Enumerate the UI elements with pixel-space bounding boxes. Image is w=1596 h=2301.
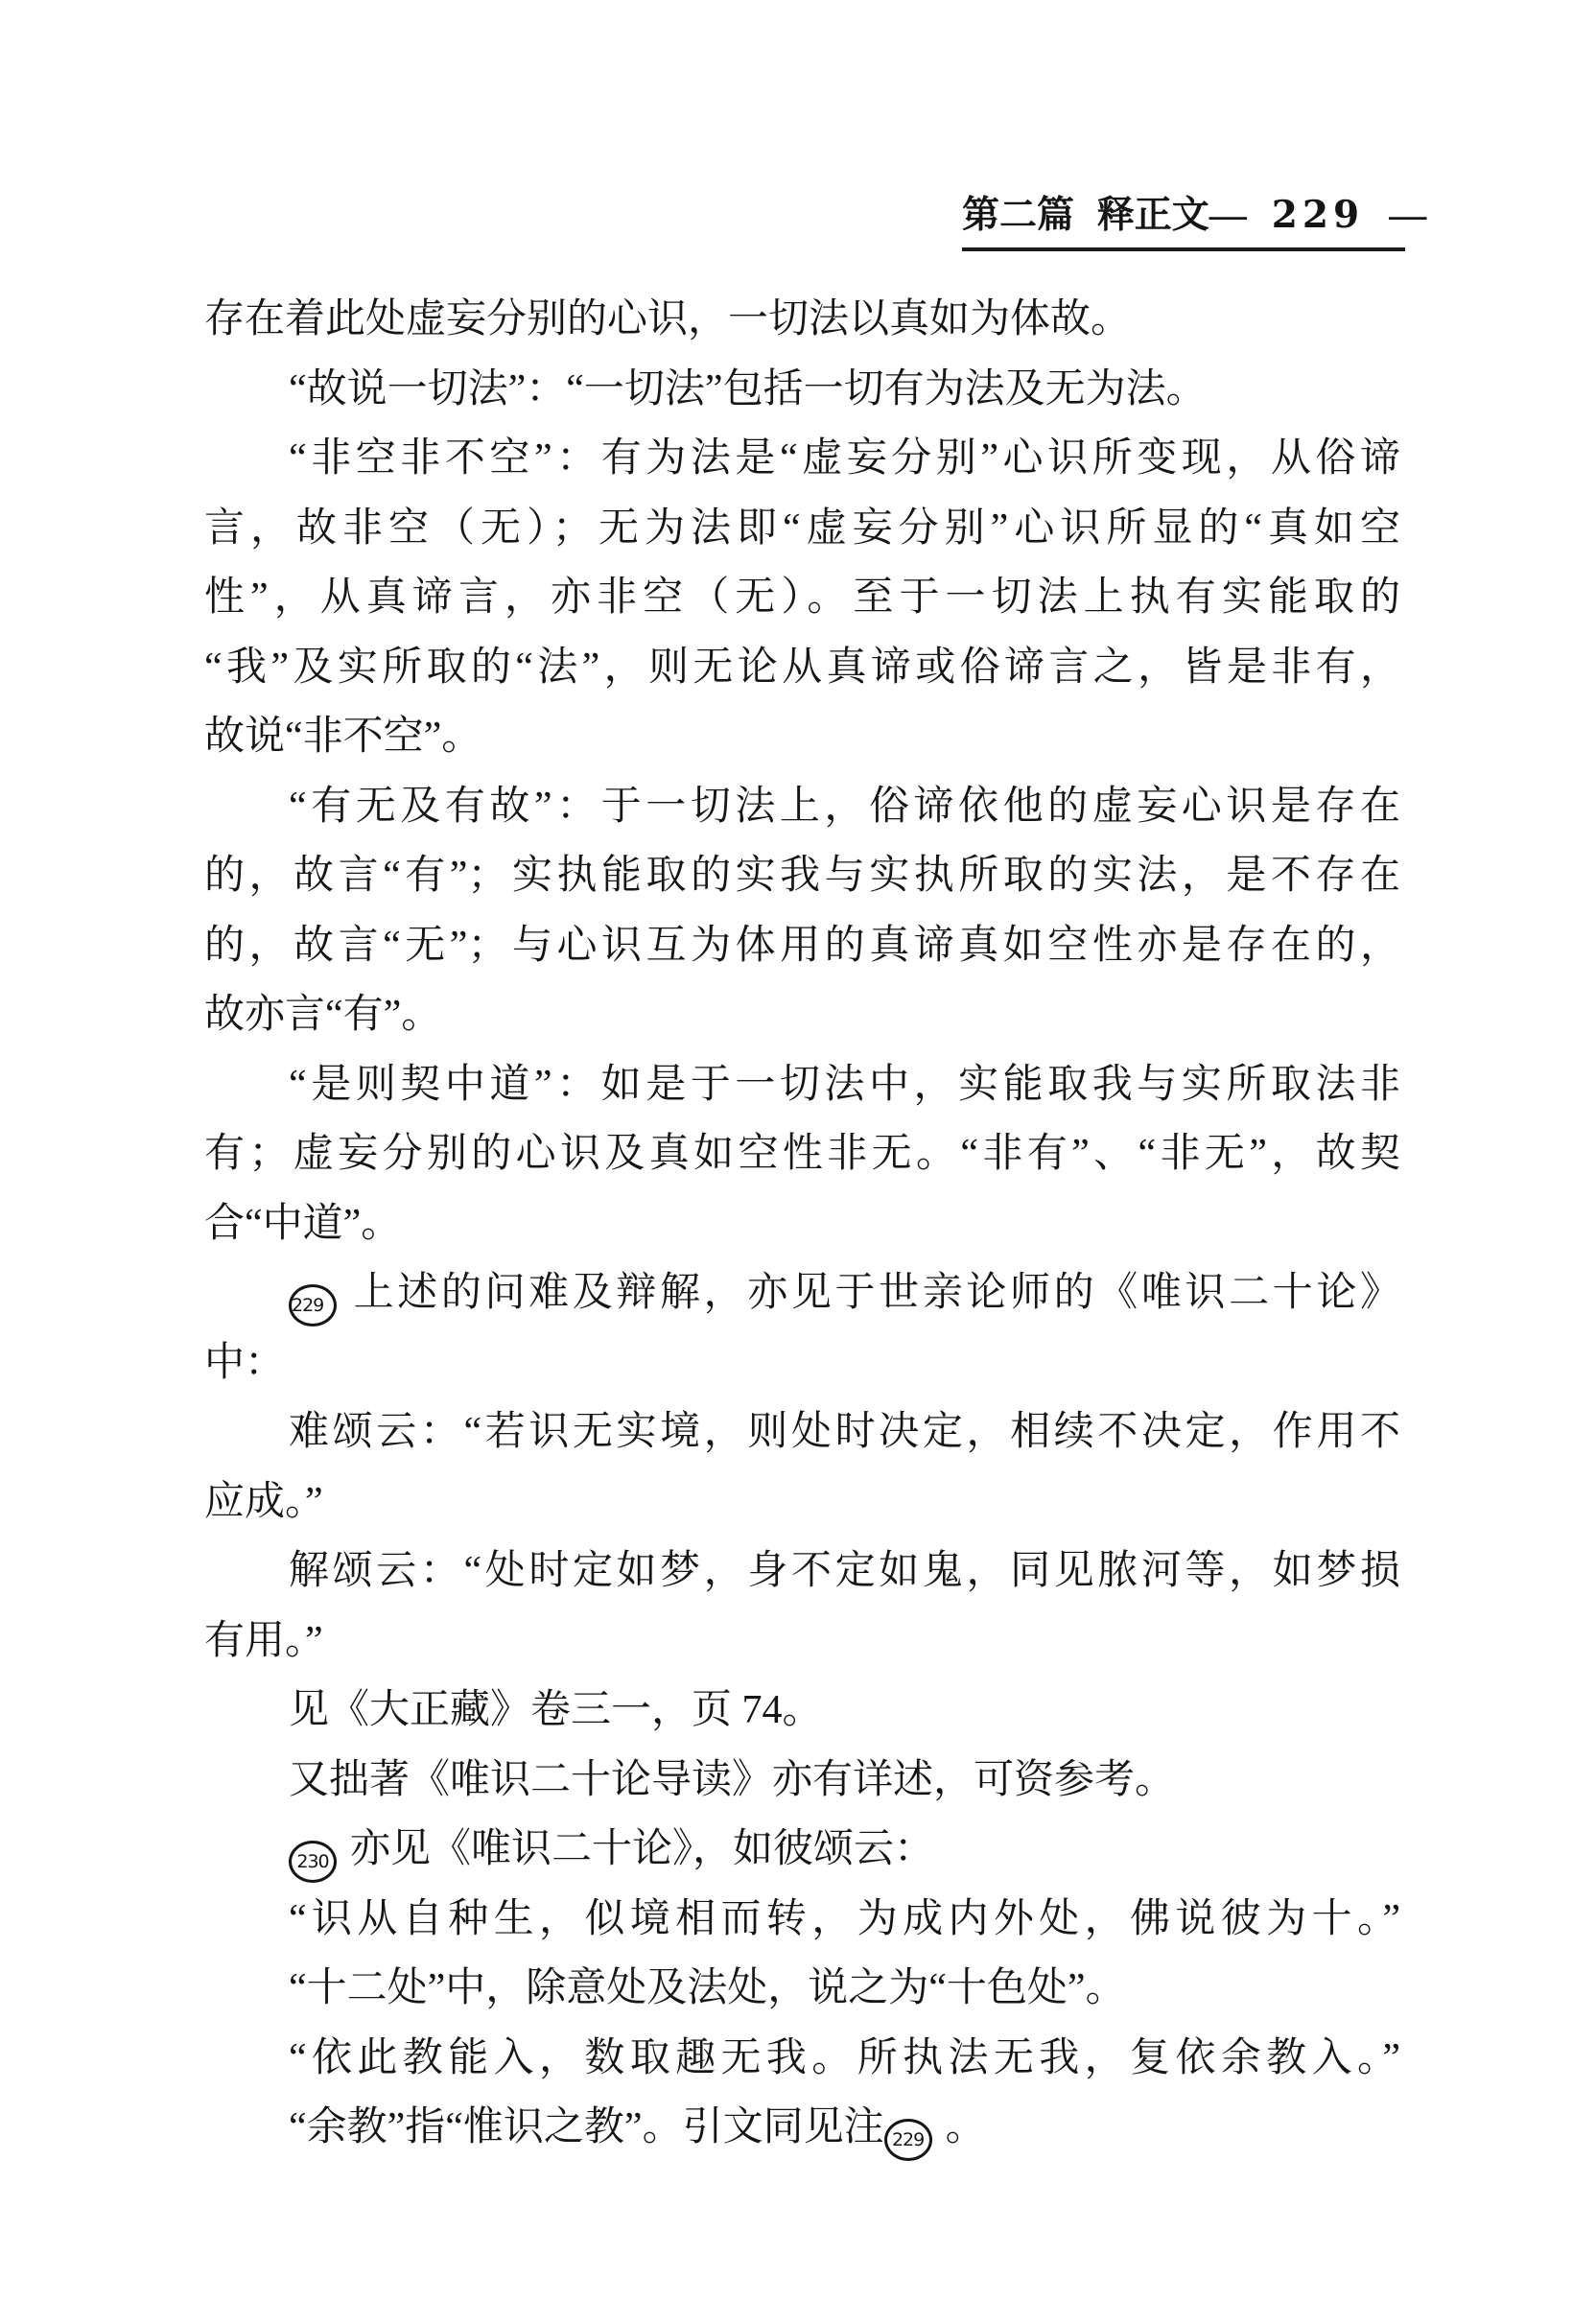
text-line: 应成。”: [204, 1467, 1400, 1538]
text-segment: “有无及有故”：于一切法上，俗谛依他的虚妄心识是存在: [289, 785, 1400, 829]
text-line: 解颂云：“处时定如梦，身不定如鬼，同见脓河等，如梦损: [204, 1537, 1400, 1607]
text-segment: “非空非不空”：有为法是“虚妄分别”心识所变现，从俗谛: [289, 436, 1400, 481]
text-line: 中：: [204, 1328, 1400, 1398]
text-segment: 存在着此处虚妄分别的心识，一切法以真如为体故。: [204, 297, 1131, 341]
document-page: 第二篇 释正文 — 229 — 存在着此处虚妄分别的心识，一切法以真如为体故。“…: [0, 0, 1596, 2301]
circled-note-number: 230: [289, 1841, 337, 1883]
page-number-dash-left: —: [1209, 194, 1247, 237]
text-segment: 的，故言“有”；实执能取的实我与实执所取的实法，是不存在: [204, 854, 1400, 898]
text-segment: 有用。”: [204, 1619, 323, 1663]
text-segment: 合“中道”。: [204, 1202, 401, 1246]
text-line: “有无及有故”：于一切法上，俗谛依他的虚妄心识是存在: [204, 772, 1400, 842]
text-segment: “依此教能入，数取趣无我。所执法无我，复依余教入。”: [289, 2036, 1400, 2080]
chapter-title: 第二篇 释正文: [962, 185, 1209, 239]
text-segment: 故说“非不空”。: [204, 715, 481, 759]
text-line: “故说一切法”：“一切法”包括一切有为法及无为法。: [204, 355, 1400, 425]
text-line: 的，故言“无”；与心识互为体用的真谛真如空性亦是存在的，: [204, 911, 1400, 981]
text-line: “十二处”中，除意处及法处，说之为“十色处”。: [204, 1954, 1400, 2024]
text-segment: 故亦言“有”。: [204, 993, 441, 1037]
text-segment: 应成。”: [204, 1480, 323, 1524]
circled-note-number: 229: [289, 1284, 337, 1327]
page-number: 229: [1272, 193, 1364, 237]
text-segment: “十二处”中，除意处及法处，说之为“十色处”。: [289, 1966, 1126, 2010]
text-line: 又拙著《唯识二十论导读》亦有详述，可资参考。: [204, 1746, 1400, 1816]
text-segment: 性”，从真谛言，亦非空（无）。至于一切法上执有实能取的: [204, 575, 1400, 620]
text-line: 有用。”: [204, 1607, 1400, 1677]
text-line: 229上述的问难及辩解，亦见于世亲论师的《唯识二十论》: [204, 1258, 1400, 1328]
text-segment: 。: [946, 2105, 986, 2149]
text-line: 故亦言“有”。: [204, 980, 1400, 1050]
text-segment: “识从自种生，似境相而转，为成内外处，佛说彼为十。”: [289, 1897, 1400, 1941]
text-line: 230亦见《唯识二十论》，如彼颂云：: [204, 1815, 1400, 1885]
text-segment: 见《大正藏》卷三一，页 74。: [289, 1688, 823, 1732]
text-segment: “余教”指“惟识之教”。引文同见注: [289, 2105, 884, 2149]
text-segment: 亦见《唯识二十论》，如彼颂云：: [350, 1827, 934, 1871]
text-line: 性”，从真谛言，亦非空（无）。至于一切法上执有实能取的: [204, 563, 1400, 633]
text-line: “我”及实所取的“法”，则无论从真谛或俗谛言之，皆是非有，: [204, 633, 1400, 703]
text-line: “依此教能入，数取趣无我。所执法无我，复依余教入。”: [204, 2024, 1400, 2094]
text-segment: “是则契中道”：如是于一切法中，实能取我与实所取法非: [289, 1063, 1400, 1107]
text-segment: 的，故言“无”；与心识互为体用的真谛真如空性亦是存在的，: [204, 924, 1400, 968]
text-line: 合“中道”。: [204, 1189, 1400, 1259]
circled-note-number: 229: [884, 2119, 932, 2161]
text-line: 存在着此处虚妄分别的心识，一切法以真如为体故。: [204, 285, 1400, 355]
page-number-group: — 229 —: [1209, 193, 1426, 237]
text-line: “识从自种生，似境相而转，为成内外处，佛说彼为十。”: [204, 1885, 1400, 1955]
text-line: “是则契中道”：如是于一切法中，实能取我与实所取法非: [204, 1050, 1400, 1120]
text-segment: 又拙著《唯识二十论导读》亦有详述，可资参考。: [289, 1758, 1175, 1802]
text-line: “余教”指“惟识之教”。引文同见注229。: [204, 2093, 1400, 2163]
body-text: 存在着此处虚妄分别的心识，一切法以真如为体故。“故说一切法”：“一切法”包括一切…: [204, 285, 1400, 2163]
page-number-dash-right: —: [1389, 194, 1426, 237]
text-segment: 中：: [204, 1341, 285, 1385]
text-line: 的，故言“有”；实执能取的实我与实执所取的实法，是不存在: [204, 841, 1400, 911]
text-segment: 上述的问难及辩解，亦见于世亲论师的《唯识二十论》: [350, 1271, 1400, 1315]
text-line: 见《大正藏》卷三一，页 74。: [204, 1676, 1400, 1746]
text-line: 言，故非空（无）；无为法即“虚妄分别”心识所显的“真如空: [204, 494, 1400, 564]
text-segment: 言，故非空（无）；无为法即“虚妄分别”心识所显的“真如空: [204, 506, 1400, 551]
text-line: 故说“非不空”。: [204, 702, 1400, 772]
text-line: 难颂云：“若识无实境，则处时决定，相续不决定，作用不: [204, 1397, 1400, 1467]
text-segment: “我”及实所取的“法”，则无论从真谛或俗谛言之，皆是非有，: [204, 646, 1400, 690]
text-segment: 有；虚妄分别的心识及真如空性非无。“非有”、“非无”，故契: [204, 1132, 1400, 1176]
text-line: 有；虚妄分别的心识及真如空性非无。“非有”、“非无”，故契: [204, 1119, 1400, 1189]
text-segment: “故说一切法”：“一切法”包括一切有为法及无为法。: [289, 367, 1207, 411]
page-header: 第二篇 释正文 — 229 —: [962, 185, 1405, 251]
text-segment: 解颂云：“处时定如梦，身不定如鬼，同见脓河等，如梦损: [289, 1549, 1400, 1593]
text-segment: 难颂云：“若识无实境，则处时决定，相续不决定，作用不: [289, 1410, 1400, 1454]
text-line: “非空非不空”：有为法是“虚妄分别”心识所变现，从俗谛: [204, 424, 1400, 494]
